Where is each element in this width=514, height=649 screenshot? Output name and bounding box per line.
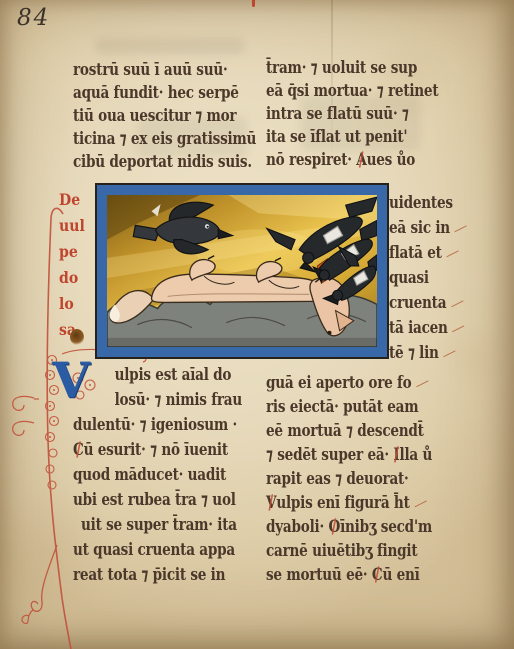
text-line: intra se flatū suū· ⁊ (266, 103, 438, 126)
text-segment: uit se super t̄ram· ita (81, 515, 237, 535)
text-segment: se mortuū eē· (266, 565, 372, 585)
text-segment: losū· ⁊ nimis frau (115, 390, 242, 410)
text-segment: tiū oua uescitur ⁊ mor (73, 106, 236, 126)
text-segment: tā iacen (389, 318, 448, 338)
column-left-below-miniature: ulpis est aīal dolosū· ⁊ nimis fraudulen… (73, 363, 242, 588)
text-segment: quasi (389, 268, 429, 288)
text-segment: ut quasi cruenta appa (73, 540, 235, 560)
text-segment: De (59, 190, 80, 209)
text-segment: ubi est rubea t̄ra ⁊ uol (73, 490, 236, 510)
text-segment: guā ei aperto ore fo (266, 373, 411, 393)
text-line: uul (59, 213, 85, 239)
text-segment: rostrū suū ī auū suū· (73, 60, 227, 80)
rubricated-versal: C (372, 565, 383, 585)
text-segment: intra se flatū suū· ⁊ (266, 104, 409, 124)
text-line: tiū oua uescitur ⁊ mor (73, 105, 256, 128)
text-segment: do (59, 268, 78, 287)
text-line: De (59, 187, 85, 213)
column-left-top: rostrū suū ī auū suū·aquā fundit· hec se… (73, 59, 256, 174)
red-ink-speck (252, 0, 255, 7)
text-line: rapit eas ⁊ deuorat· (266, 467, 432, 491)
text-line: aquā fundit· hec serpē (73, 82, 256, 105)
text-line: quod māducet· uadit (73, 463, 242, 488)
text-line: ⁊ sedēt super eā· Illa ů (266, 443, 432, 467)
text-segment: īnibʒ secd'm (340, 517, 432, 537)
text-segment: ita se īflat ut penit' (266, 127, 407, 147)
illuminated-initial: V (52, 355, 90, 405)
text-line: flatā et (389, 241, 468, 266)
text-line: dyaboli· Oīnibʒ secd'm (266, 515, 432, 539)
text-segment: reat tota ⁊ p̄icit se in (73, 565, 225, 585)
text-segment: sa (59, 320, 76, 339)
text-line: uidentes (389, 191, 468, 216)
text-line: eā sic in (389, 216, 468, 241)
text-segment: ticina ⁊ ex eis gratissimū (73, 129, 256, 149)
text-line: eē mortuā ⁊ descendt̄ (266, 419, 432, 443)
text-segment: dyaboli· (266, 517, 328, 537)
text-line: cruenta (389, 291, 468, 316)
text-line: losū· ⁊ nimis frau (73, 388, 242, 413)
line-filler-mark (451, 300, 463, 307)
text-segment: dulentū· ⁊ igeniosum · (73, 415, 237, 435)
text-line: reat tota ⁊ p̄icit se in (73, 563, 242, 588)
text-segment: cruenta (389, 293, 446, 313)
text-line: ulpis est aīal do (73, 363, 242, 388)
text-line: eā q̄si mortua· ⁊ retinet (266, 80, 438, 103)
text-segment: lla ů (400, 445, 433, 465)
line-filler-mark (416, 380, 428, 387)
text-line: sa (59, 317, 85, 343)
text-segment: aquā fundit· hec serpē (73, 83, 239, 103)
column-right-below-miniature: guā ei aperto ore foris eiectā· putāt ea… (266, 371, 432, 587)
line-filler-mark (455, 225, 467, 232)
rubricated-versal: A (356, 150, 366, 170)
text-line: ris eiectā· putāt eam (266, 395, 432, 419)
text-segment: t̄ram· ⁊ uoluit se sup (266, 58, 417, 78)
text-line: tā iacen (389, 316, 468, 341)
text-segment: ris eiectā· putāt eam (266, 397, 418, 417)
miniature-scene (107, 195, 377, 347)
text-segment: ulpis est aīal do (115, 365, 232, 385)
text-segment: ues ůo (367, 150, 415, 170)
text-line: cibū deportat nidis suis. (73, 151, 256, 174)
text-segment: eā sic in (389, 218, 450, 238)
line-filler-mark (414, 500, 426, 507)
text-line: pe (59, 239, 85, 265)
text-segment: flatā et (389, 243, 442, 263)
rubricated-versal: C (73, 440, 84, 460)
miniature-frame (97, 185, 387, 357)
text-line: dulentū· ⁊ igeniosum · (73, 413, 242, 438)
text-line: t̄ram· ⁊ uoluit se sup (266, 57, 438, 80)
rubricated-versal: O (328, 517, 340, 537)
text-segment: ū enī (382, 565, 419, 585)
text-line: ut quasi cruenta appa (73, 538, 242, 563)
fox-nose (327, 331, 331, 335)
folio-number: 84 (17, 5, 50, 31)
text-segment: uul (59, 216, 85, 235)
line-filler-mark (452, 325, 464, 332)
text-segment: lo (59, 294, 74, 313)
column-right-beside-miniature: uidenteseā sic inflatā etquasicruentatā … (389, 191, 468, 366)
column-right-top: t̄ram· ⁊ uoluit se supeā q̄si mortua· ⁊ … (266, 57, 438, 172)
text-line: ubi est rubea t̄ra ⁊ uol (73, 488, 242, 513)
text-line: tē ⁊ lin (389, 341, 468, 366)
text-line: ita se īflat ut penit' (266, 126, 438, 149)
text-segment: ⁊ sedēt super eā· (266, 445, 393, 465)
text-segment: eā q̄si mortua· ⁊ retinet (266, 81, 438, 101)
text-segment: tē ⁊ lin (389, 343, 439, 363)
text-line: carnē uiuētibʒ fingit (266, 539, 432, 563)
text-line: do (59, 265, 85, 291)
text-segment: pe (59, 242, 78, 261)
text-line: Vulpis enī figurā h̄t (266, 491, 432, 515)
text-line: Cū esurit· ⁊ nō īuenit (73, 438, 242, 463)
text-line: se mortuū eē· Cū enī (266, 563, 432, 587)
text-segment: ulpis enī figurā h̄t (276, 493, 409, 513)
text-line: nō respiret· Aues ůo (266, 149, 438, 172)
text-segment: nō respiret· (266, 150, 356, 170)
text-line: guā ei aperto ore fo (266, 371, 432, 395)
rubricated-versal: V (266, 493, 276, 513)
text-line: uit se super t̄ram· ita (73, 513, 242, 538)
line-filler-mark (446, 250, 458, 257)
fox-body (151, 274, 325, 302)
manuscript-page: 84 rostrū suū ī auū suū·aquā fundit· hec… (0, 0, 514, 649)
text-segment: cibū deportat nidis suis. (73, 152, 252, 172)
rubricated-versal: I (393, 445, 399, 465)
margin-rubric: Deuulpedolosa (59, 187, 85, 343)
text-line: lo (59, 291, 85, 317)
text-line: quasi (389, 266, 468, 291)
text-line: rostrū suū ī auū suū· (73, 59, 256, 82)
text-segment: rapit eas ⁊ deuorat· (266, 469, 409, 489)
text-line: ticina ⁊ ex eis gratissimū (73, 128, 256, 151)
text-segment: carnē uiuētibʒ fingit (266, 541, 417, 561)
text-segment: eē mortuā ⁊ descendt̄ (266, 421, 424, 441)
text-segment: quod māducet· uadit (73, 465, 226, 485)
show-through-smudge (95, 38, 245, 54)
text-segment: uidentes (389, 193, 453, 213)
text-segment: ū esurit· ⁊ nō īuenit (84, 440, 228, 460)
line-filler-mark (443, 350, 455, 357)
